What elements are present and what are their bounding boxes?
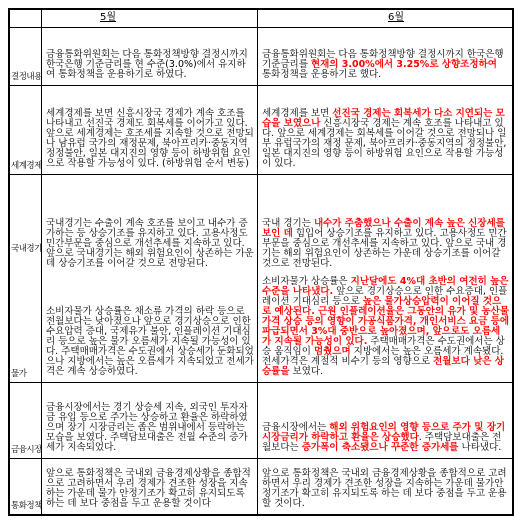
row-label-domestic-and-prices: 국내경기 물가: [10, 175, 42, 383]
mpc-statement-comparison-table: 5월 6월 결정내용 금융통화위원회는 다음 통화정책방향 결정시까지 한국은행…: [8, 8, 514, 516]
cell-june-domestic-and-prices: 국내 경기는 내수가 주춤했으나 수출이 계속 높은 신장세를 보인 데 힘입어…: [258, 175, 512, 383]
header-month-june: 6월: [258, 10, 512, 28]
row-label-financial-markets: 금융시장: [10, 383, 42, 459]
text-segment: 앞으로 통화정책은 국내외 금융경제상황을 종합적으로 고려하면서 우리 경제가…: [262, 468, 507, 509]
changed-text-segment: 증가폭이 축소됐으나 꾸준한 증가세를: [302, 442, 459, 453]
paragraph-domestic: 국내 경기는 내수가 주춤했으나 수출이 계속 높은 신장세를 보인 데 힘입어…: [262, 219, 509, 269]
text-segment: 통화정책을 운용하기로 했다.: [262, 69, 381, 80]
cell-may-monetary-policy: 앞으로 통화정책은 국내외 금융경제상황을 종합적으로 고려하면서 우리 경제가…: [42, 459, 258, 514]
text-segment: 국내경기는 수출이 계속 호조를 보이고 내수가 증가하는 등 상승기조를 유지…: [46, 218, 254, 269]
cell-june-financial-markets: 금융시장에서는 해외 위험요인의 영향 등으로 주가 및 장기시장금리가 하락하…: [258, 383, 512, 459]
text-segment: 앞으로 통화정책은 국내외 금융경제상황을 종합적으로 고려하면서 우리 경제가…: [46, 468, 251, 509]
cell-june-world-economy: 세계경제를 보면 선진국 경제는 회복세가 다소 지연되는 모습을 보였으나 신…: [258, 86, 512, 175]
paragraph: 앞으로 통화정책은 국내외 금융경제상황을 종합적으로 고려하면서 우리 경제가…: [46, 469, 254, 509]
text-segment: 보였다.: [290, 366, 324, 377]
paragraph: 세계경제를 보면 신흥시장국 경제가 계속 호조를 나타내고 선진국 경제도 회…: [46, 109, 254, 169]
paragraph: 금융통화위원회는 다음 통화정책방향 결정시까지 한국은행 기준금리를 현재의 …: [262, 50, 509, 80]
text-segment: 소비자물가 상승률은 채소류 가격의 하락 등으로 전월보다는 낮아졌으나 앞으…: [46, 306, 254, 377]
row-label-world-economy: 세계경제: [10, 86, 42, 175]
header-month-may: 5월: [42, 10, 258, 28]
statement-comparison-page: 5월 6월 결정내용 금융통화위원회는 다음 통화정책방향 결정시까지 한국은행…: [0, 0, 520, 520]
row-label-prices: 물가: [11, 369, 41, 379]
cell-june-monetary-policy: 앞으로 통화정책은 국내외 금융경제상황을 종합적으로 고려하면서 우리 경제가…: [258, 459, 512, 514]
row-label-monetary-policy: 통화정책: [10, 459, 42, 514]
month-label-june: 6월: [388, 13, 512, 23]
paragraph-prices: 소비자물가 상승률은 지난달에도 4%대 초반의 여전히 높은 수준을 나타냈다…: [262, 277, 509, 377]
text-segment: 나타냈다.: [459, 442, 502, 453]
text-segment: 금융통화위원회는 다음 통화정책방향 결정시까지 한국은행 기준금리를 현 수준…: [46, 49, 248, 80]
text-segment: 세계경제를 보면 신흥시장국 경제가 계속 호조를 나타내고 선진국 경제도 회…: [46, 108, 254, 169]
row-label-decision: 결정내용: [10, 28, 42, 86]
paragraph-prices: 소비자물가 상승률은 채소류 가격의 하락 등으로 전월보다는 낮아졌으나 앞으…: [46, 307, 254, 377]
paragraph: 금융통화위원회는 다음 통화정책방향 결정시까지 한국은행 기준금리를 현 수준…: [46, 50, 254, 80]
paragraph-domestic: 국내경기는 수출이 계속 호조를 보이고 내수가 증가하는 등 상승기조를 유지…: [46, 219, 254, 269]
row-label-domestic-economy: 국내경기: [11, 244, 41, 254]
text-segment: 힘입어 상승기조를 유지하고 있다. 고용사정도 민간부문을 중심으로 개선추세…: [262, 228, 507, 269]
cell-may-domestic-and-prices: 국내경기는 수출이 계속 호조를 보이고 내수가 증가하는 등 상승기조를 유지…: [42, 175, 258, 383]
header-corner-cell: [10, 10, 42, 28]
paragraph: 세계경제를 보면 선진국 경제는 회복세가 다소 지연되는 모습을 보였으나 신…: [262, 109, 509, 169]
month-label-may: 5월: [100, 13, 257, 23]
cell-may-decision: 금융통화위원회는 다음 통화정책방향 결정시까지 한국은행 기준금리를 현 수준…: [42, 28, 258, 86]
text-segment: 금융시장에서는 경기 상승세 지속, 외국인 투자자금 유입 등으로 주가는 상…: [46, 402, 248, 453]
cell-may-world-economy: 세계경제를 보면 신흥시장국 경제가 계속 호조를 나타내고 선진국 경제도 회…: [42, 86, 258, 175]
cell-june-decision: 금융통화위원회는 다음 통화정책방향 결정시까지 한국은행 기준금리를 현재의 …: [258, 28, 512, 86]
cell-may-financial-markets: 금융시장에서는 경기 상승세 지속, 외국인 투자자금 유입 등으로 주가는 상…: [42, 383, 258, 459]
paragraph: 앞으로 통화정책은 국내외 금융경제상황을 종합적으로 고려하면서 우리 경제가…: [262, 469, 509, 509]
paragraph: 금융시장에서는 해외 위험요인의 영향 등으로 주가 및 장기시장금리가 하락하…: [262, 423, 509, 453]
paragraph: 금융시장에서는 경기 상승세 지속, 외국인 투자자금 유입 등으로 주가는 상…: [46, 403, 254, 453]
